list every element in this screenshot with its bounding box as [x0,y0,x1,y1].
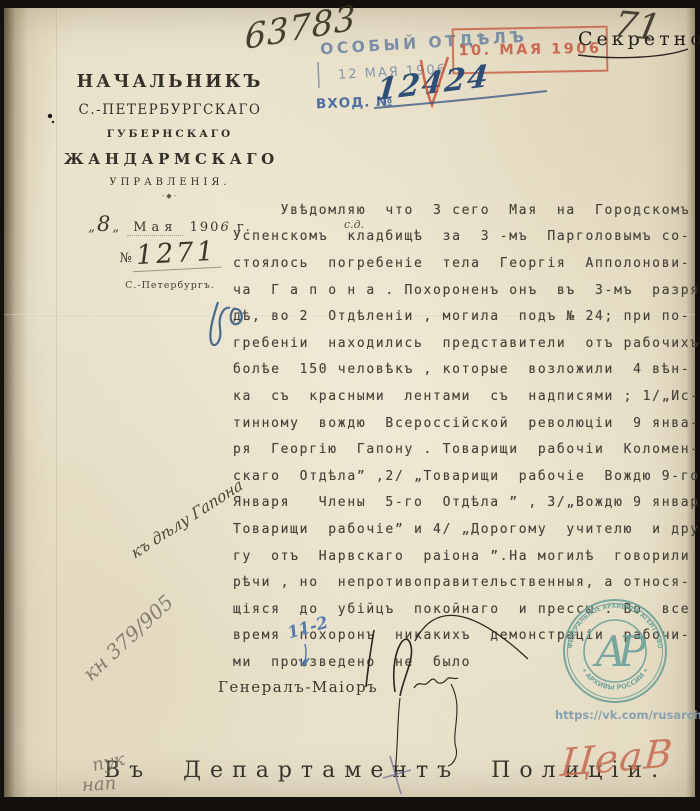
doc-number-handwritten: 1271 [131,236,221,273]
stamp-tick [318,62,319,88]
margin-file-note: къ дѣлу Гапона [129,475,246,562]
date-year-printed: 190 [190,220,221,235]
typed-line: Увѣдомляю что 3 сего Мая на Городскомъ [233,198,700,225]
ink-spot [48,114,52,118]
typed-line: скаго Отдѣла” ,2/ „Товарищи рабочіе Вожд… [233,464,700,491]
typed-line: ря Георгію Гапону . Товарищи рабочіи Кол… [233,437,700,464]
binding-shadow [4,8,28,797]
typed-line: Товарищи рабочіе” и 4/ „Дорогому учителю… [233,517,700,544]
typed-line: гребеніи находились представители отъ ра… [233,331,700,358]
typed-line: гу отъ Нарвскаго раіона ”.На могилѣ гово… [233,544,700,571]
date-month: Мая [127,220,183,236]
typed-line: Успенскомъ кладбищѣ за 3 -мъ Парголовымъ… [233,224,700,251]
letterhead-line-1: НАЧАЛЬНИКЪ [64,72,276,92]
typed-line: ча Г а п о н а . Похороненъ онъ въ 3-мъ … [233,278,700,305]
number-sign: № [119,251,131,266]
letterhead-line-2: С.-ПЕТЕРБУРГСКАГО [64,102,276,118]
paper: 63783 ОСОБЫЙ ОТДѢЛЪ 12 МАЯ 1906 ВХОД. № … [4,8,695,797]
typed-line: болѣе 150 человѣкъ , которые возложили 4… [233,357,700,384]
date-year-digit-handwritten: 6 [220,220,230,235]
fold-line [56,8,58,797]
page-number-note: 71 [610,4,664,48]
general-rank-label: Генералъ-Маіоръ [218,678,378,696]
watermark-link: https://vk.com/rusarchives [555,708,700,722]
typed-line: Января Члены 5-го Отдѣла ” , 3/„Вождю 9 … [233,490,700,517]
typed-line: тинному вождю Всероссійской революціи 9 … [233,411,700,438]
typed-line: стоялось погребеніе тела Георгія Апполон… [233,251,700,278]
pencil-case-note: кн 379/905 [78,590,178,686]
document-scan: 63783 ОСОБЫЙ ОТДѢЛЪ 12 МАЯ 1906 ВХОД. № … [0,0,700,811]
date-day-handwritten: 8 [97,212,112,236]
date-open-quote: „ [88,220,97,235]
general-signature-script [414,678,458,688]
insert-note: с.д. [344,218,364,231]
archive-seal: ФЕДЕРАЛЬНОЕ АРХИВНОЕ АГЕНТСТВО • АРХИВЫ … [554,592,676,714]
typed-line: дѣ, во 2 Отдѣленіи , могила подъ № 24; п… [233,304,700,331]
seal-monogram: АР [592,627,647,676]
date-close-quote: „ [112,220,121,235]
ink-spot-small [52,121,54,123]
pencil-scribble-bottom: нап [81,773,117,796]
typed-line: ка съ красными лентами съ надписями ; 1/… [233,384,700,411]
